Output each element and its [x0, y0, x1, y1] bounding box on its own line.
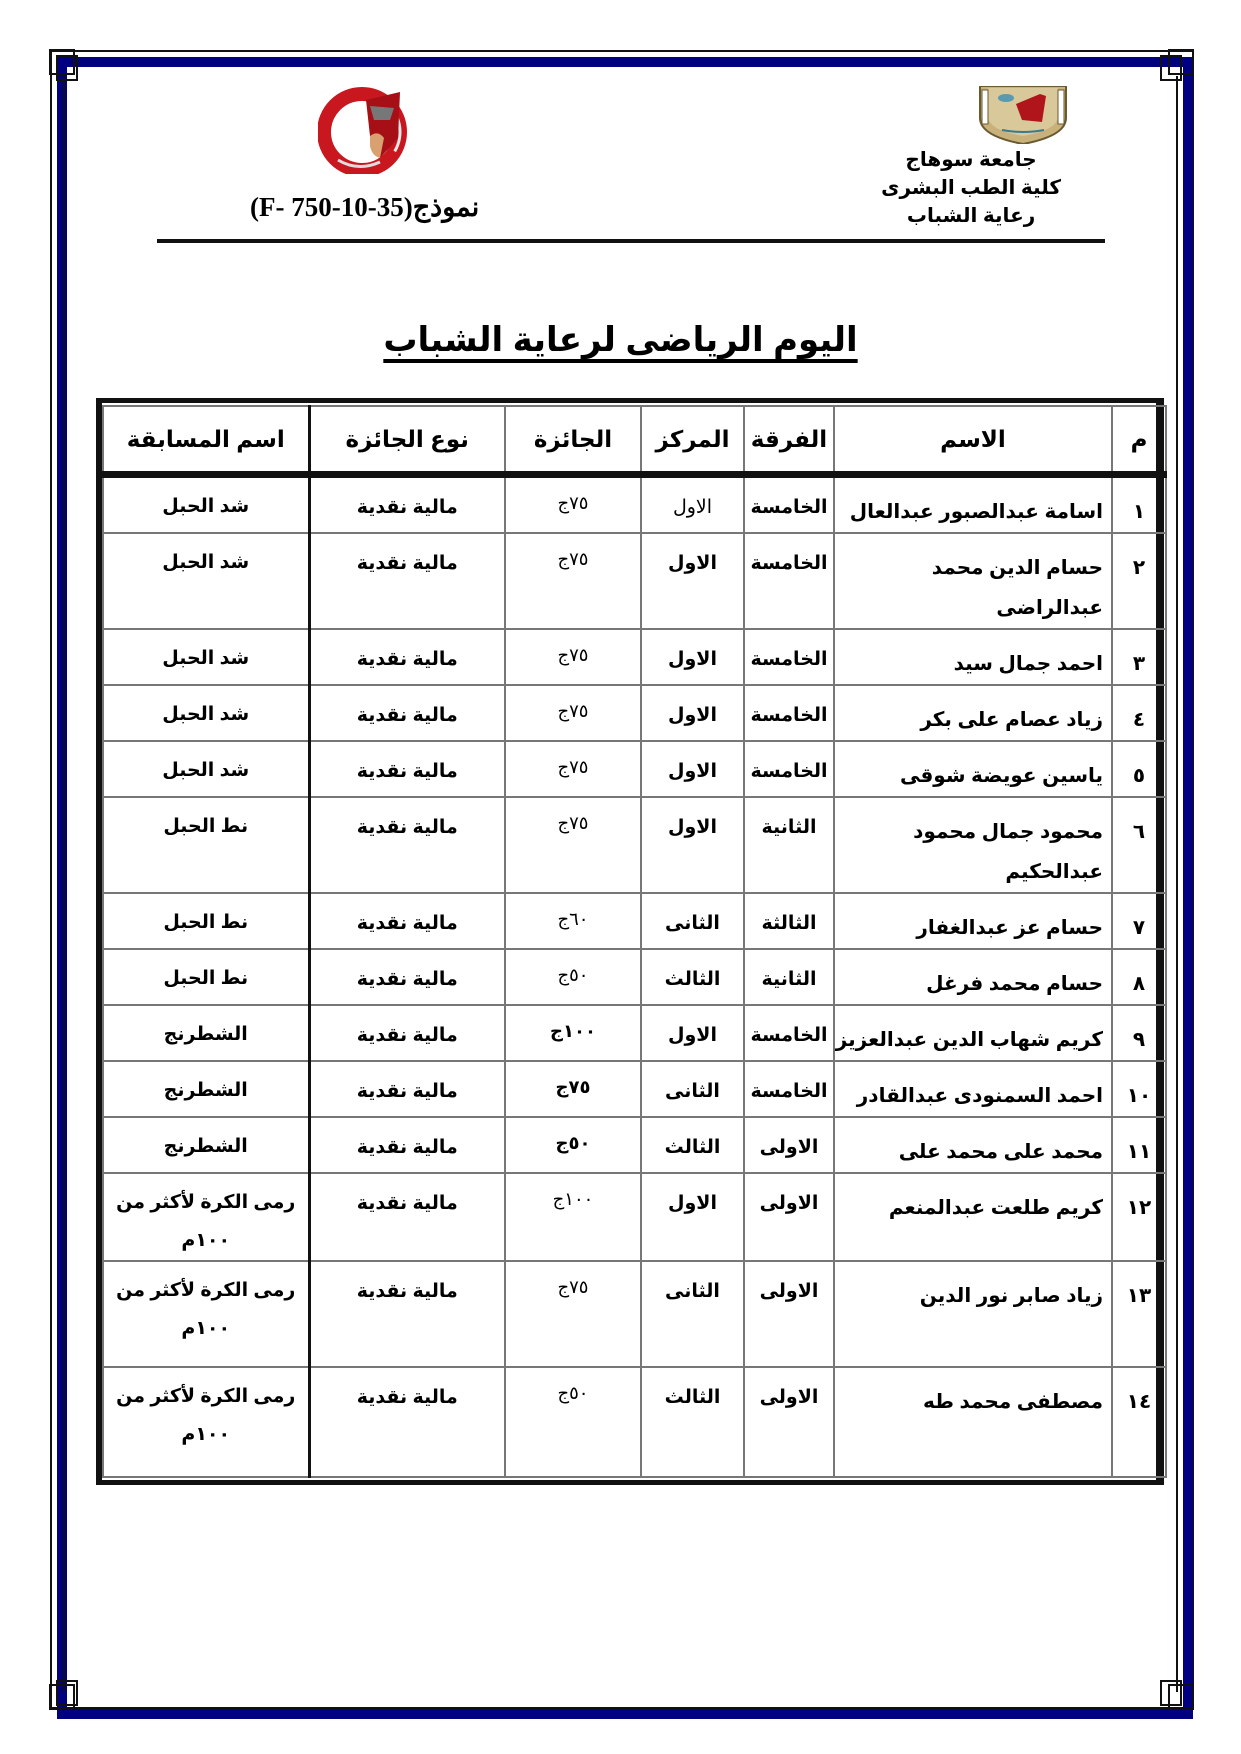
cell-name: حسام الدين محمد عبدالراضى	[834, 533, 1112, 629]
results-table: م الاسم الفرقة المركز الجائزة نوع الجائز…	[102, 405, 1167, 1478]
cell-prize-type: مالية نقدية	[309, 741, 505, 797]
table-row: ١٣ زياد صابر نور الدين الاولى الثانى ٧٥ج…	[103, 1261, 1166, 1367]
cell-prize-type: مالية نقدية	[309, 1367, 505, 1477]
cell-year: الاولى	[744, 1117, 834, 1173]
cell-prize-type: مالية نقدية	[309, 533, 505, 629]
cell-place: الثالث	[641, 1367, 744, 1477]
table-row: ١٠ احمد السمنودى عبدالقادر الخامسة الثان…	[103, 1061, 1166, 1117]
cell-competition: شد الحبل	[103, 685, 309, 741]
border-corner-ornament	[56, 55, 78, 81]
cell-place: الثانى	[641, 893, 744, 949]
cell-year: الخامسة	[744, 1061, 834, 1117]
cell-year: الثانية	[744, 949, 834, 1005]
cell-prize: ٥٠ج	[505, 949, 641, 1005]
column-header-prize-type: نوع الجائزة	[309, 406, 505, 475]
cell-name: احمد السمنودى عبدالقادر	[834, 1061, 1112, 1117]
cell-prize-type: مالية نقدية	[309, 475, 505, 534]
table-row: ١٤ مصطفى محمد طه الاولى الثالث ٥٠ج مالية…	[103, 1367, 1166, 1477]
cell-index: ٣	[1112, 629, 1166, 685]
table-row: ٩ كريم شهاب الدين عبدالعزيز الخامسة الاو…	[103, 1005, 1166, 1061]
cell-prize-type: مالية نقدية	[309, 1261, 505, 1367]
column-header-index: م	[1112, 406, 1166, 475]
border-corner-ornament	[1160, 55, 1182, 81]
cell-place: الاول	[641, 475, 744, 534]
table-header-row: م الاسم الفرقة المركز الجائزة نوع الجائز…	[103, 406, 1166, 475]
cell-prize-type: مالية نقدية	[309, 685, 505, 741]
cell-year: الخامسة	[744, 1005, 834, 1061]
cell-place: الاول	[641, 741, 744, 797]
cell-competition: الشطرنج	[103, 1005, 309, 1061]
cell-name: مصطفى محمد طه	[834, 1367, 1112, 1477]
cell-prize: ٧٥ج	[505, 629, 641, 685]
table-row: ٣ احمد جمال سيد الخامسة الاول ٧٥ج مالية …	[103, 629, 1166, 685]
cell-index: ٢	[1112, 533, 1166, 629]
header-divider	[157, 239, 1105, 243]
cell-place: الاول	[641, 685, 744, 741]
cell-competition: الشطرنج	[103, 1061, 309, 1117]
cell-prize-type: مالية نقدية	[309, 1061, 505, 1117]
table-row: ٧ حسام عز عبدالغفار الثالثة الثانى ٦٠ج م…	[103, 893, 1166, 949]
cell-name: ياسين عويضة شوقى	[834, 741, 1112, 797]
page-title-text: اليوم الرياضى لرعاية الشباب	[383, 321, 857, 359]
sohag-university-emblem	[976, 86, 1070, 144]
cell-competition: رمى الكرة لأكثر من ١٠٠م	[103, 1367, 309, 1477]
cell-year: الخامسة	[744, 685, 834, 741]
cell-index: ١٤	[1112, 1367, 1166, 1477]
cell-place: الاول	[641, 797, 744, 893]
cell-index: ١٠	[1112, 1061, 1166, 1117]
cell-prize: ٦٠ج	[505, 893, 641, 949]
cell-index: ١	[1112, 475, 1166, 534]
cell-prize: ٧٥ج	[505, 533, 641, 629]
cell-prize-type: مالية نقدية	[309, 797, 505, 893]
cell-prize: ٥٠ج	[505, 1367, 641, 1477]
cell-index: ٨	[1112, 949, 1166, 1005]
cell-competition: نط الحبل	[103, 797, 309, 893]
cell-name: كريم طلعت عبدالمنعم	[834, 1173, 1112, 1261]
cell-prize-type: مالية نقدية	[309, 893, 505, 949]
cell-place: الاول	[641, 533, 744, 629]
border-corner-ornament	[1160, 1680, 1182, 1706]
cell-name: زياد عصام على بكر	[834, 685, 1112, 741]
cell-prize: ٧٥ج	[505, 475, 641, 534]
column-header-competition: اسم المسابقة	[103, 406, 309, 475]
table-row: ١٢ كريم طلعت عبدالمنعم الاولى الاول ١٠٠ج…	[103, 1173, 1166, 1261]
cell-name: اسامة عبدالصبور عبدالعال	[834, 475, 1112, 534]
cell-name: محمد على محمد على	[834, 1117, 1112, 1173]
cell-place: الثانى	[641, 1061, 744, 1117]
cell-name: زياد صابر نور الدين	[834, 1261, 1112, 1367]
cell-index: ١٢	[1112, 1173, 1166, 1261]
cell-name: محمود جمال محمود عبدالحكيم	[834, 797, 1112, 893]
cell-index: ٧	[1112, 893, 1166, 949]
faculty-of-medicine-logo	[318, 86, 410, 174]
cell-index: ٦	[1112, 797, 1166, 893]
cell-place: الاول	[641, 629, 744, 685]
cell-year: الخامسة	[744, 533, 834, 629]
cell-year: الثالثة	[744, 893, 834, 949]
table-row: ٤ زياد عصام على بكر الخامسة الاول ٧٥ج ما…	[103, 685, 1166, 741]
cell-prize: ٧٥ج	[505, 741, 641, 797]
cell-competition: شد الحبل	[103, 741, 309, 797]
cell-name: احمد جمال سيد	[834, 629, 1112, 685]
cell-name: كريم شهاب الدين عبدالعزيز	[834, 1005, 1112, 1061]
cell-year: الاولى	[744, 1173, 834, 1261]
cell-competition: نط الحبل	[103, 893, 309, 949]
cell-competition: شد الحبل	[103, 629, 309, 685]
cell-prize: ٧٥ج	[505, 1261, 641, 1367]
cell-prize-type: مالية نقدية	[309, 1117, 505, 1173]
cell-prize-type: مالية نقدية	[309, 1173, 505, 1261]
department-name: رعاية الشباب	[881, 202, 1061, 230]
cell-year: الاولى	[744, 1261, 834, 1367]
column-header-place: المركز	[641, 406, 744, 475]
cell-competition: شد الحبل	[103, 475, 309, 534]
cell-index: ١١	[1112, 1117, 1166, 1173]
cell-year: الثانية	[744, 797, 834, 893]
cell-competition: رمى الكرة لأكثر من ١٠٠م	[103, 1261, 309, 1367]
table-row: ٦ محمود جمال محمود عبدالحكيم الثانية الا…	[103, 797, 1166, 893]
cell-place: الاول	[641, 1173, 744, 1261]
cell-place: الاول	[641, 1005, 744, 1061]
column-header-prize: الجائزة	[505, 406, 641, 475]
cell-prize: ٥٠ج	[505, 1117, 641, 1173]
cell-index: ١٣	[1112, 1261, 1166, 1367]
table-row: ١١ محمد على محمد على الاولى الثالث ٥٠ج م…	[103, 1117, 1166, 1173]
border-corner-ornament	[56, 1680, 78, 1706]
page-title: اليوم الرياضى لرعاية الشباب	[0, 320, 1241, 360]
cell-prize: ١٠٠ج	[505, 1005, 641, 1061]
cell-competition: الشطرنج	[103, 1117, 309, 1173]
form-code: نموذج(35-10-750 -F)	[250, 192, 479, 223]
cell-name: حسام محمد فرغل	[834, 949, 1112, 1005]
cell-prize: ١٠٠ج	[505, 1173, 641, 1261]
table-row: ٥ ياسين عويضة شوقى الخامسة الاول ٧٥ج مال…	[103, 741, 1166, 797]
cell-competition: شد الحبل	[103, 533, 309, 629]
faculty-name: كلية الطب البشرى	[881, 174, 1061, 202]
university-name: جامعة سوهاج	[881, 146, 1061, 174]
cell-name: حسام عز عبدالغفار	[834, 893, 1112, 949]
institution-block: جامعة سوهاج كلية الطب البشرى رعاية الشبا…	[881, 146, 1061, 230]
cell-competition: رمى الكرة لأكثر من ١٠٠م	[103, 1173, 309, 1261]
cell-prize: ٧٥ج	[505, 797, 641, 893]
cell-place: الثانى	[641, 1261, 744, 1367]
cell-competition: نط الحبل	[103, 949, 309, 1005]
table-row: ١ اسامة عبدالصبور عبدالعال الخامسة الاول…	[103, 475, 1166, 534]
cell-year: الخامسة	[744, 741, 834, 797]
column-header-year: الفرقة	[744, 406, 834, 475]
results-table-frame: م الاسم الفرقة المركز الجائزة نوع الجائز…	[96, 398, 1164, 1485]
cell-year: الخامسة	[744, 475, 834, 534]
cell-year: الخامسة	[744, 629, 834, 685]
cell-prize: ٧٥ج	[505, 1061, 641, 1117]
cell-place: الثالث	[641, 949, 744, 1005]
cell-prize: ٧٥ج	[505, 685, 641, 741]
cell-place: الثالث	[641, 1117, 744, 1173]
cell-prize-type: مالية نقدية	[309, 629, 505, 685]
column-header-name: الاسم	[834, 406, 1112, 475]
cell-year: الاولى	[744, 1367, 834, 1477]
cell-index: ٥	[1112, 741, 1166, 797]
table-row: ٨ حسام محمد فرغل الثانية الثالث ٥٠ج مالي…	[103, 949, 1166, 1005]
cell-prize-type: مالية نقدية	[309, 949, 505, 1005]
cell-index: ٩	[1112, 1005, 1166, 1061]
cell-prize-type: مالية نقدية	[309, 1005, 505, 1061]
cell-index: ٤	[1112, 685, 1166, 741]
table-row: ٢ حسام الدين محمد عبدالراضى الخامسة الاو…	[103, 533, 1166, 629]
